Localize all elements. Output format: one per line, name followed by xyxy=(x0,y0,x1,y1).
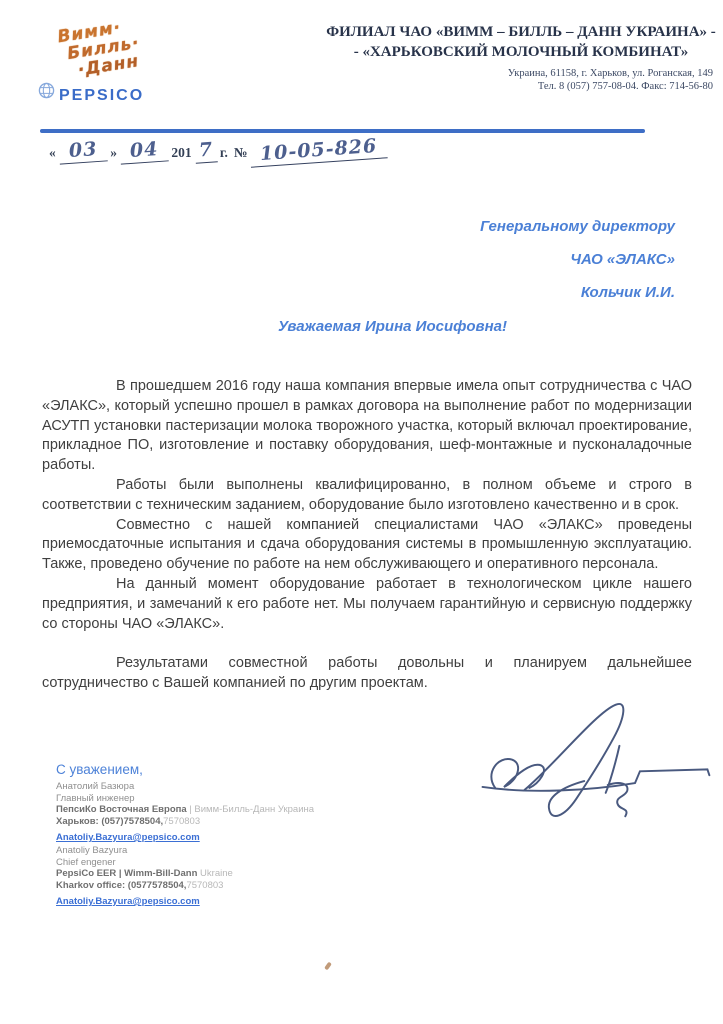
handwritten-year-digit: 7 xyxy=(194,138,218,163)
sender-title-en: Chief engener xyxy=(56,857,233,869)
organization-title: ФИЛИАЛ ЧАО «ВИММ – БИЛЛЬ – ДАНН УКРАИНА»… xyxy=(325,22,717,62)
organization-title-line2: - «ХАРЬКОВСКИЙ МОЛОЧНЫЙ КОМБИНАТ» xyxy=(325,42,717,62)
salutation: Уважаемая Ирина Иосифовна! xyxy=(278,318,507,335)
handwritten-signature xyxy=(468,697,718,829)
paragraph-5: Результатами совместной работы довольны … xyxy=(42,654,692,694)
signature-block-ru: С уважением, Анатолий Базюра Главный инж… xyxy=(56,762,314,845)
paragraph-1: В прошедшем 2016 году наша компания впер… xyxy=(42,377,692,476)
wimm-bill-dann-logo-icon: Вимм· Билль· ·Данн xyxy=(56,16,143,82)
recipient-block: Генеральному директору ЧАО «ЭЛАКС» Кольч… xyxy=(480,218,675,317)
scan-speck xyxy=(324,962,332,971)
email-link-ru[interactable]: Anatoliy.Bazyura@pepsico.com xyxy=(56,832,200,843)
printed-year: 201 xyxy=(171,145,191,161)
address-line1: Украина, 61158, г. Харьков, ул. Роганска… xyxy=(383,68,713,81)
open-quote: « xyxy=(49,145,56,161)
sender-title-ru: Главный инженер xyxy=(56,793,314,805)
date-and-number-line: « 03 » 04 201 7 г. № 10-05-826 xyxy=(46,139,388,163)
sender-company-en: PepsiCo EER | Wimm-Bill-Dann Ukraine xyxy=(56,868,233,880)
year-suffix: г. xyxy=(220,145,228,161)
letter-page: Вимм· Билль· ·Данн PEPSICO ФИЛИАЛ ЧАО «В… xyxy=(0,0,723,1024)
sender-name-ru: Анатолий Базюра xyxy=(56,781,314,793)
organization-title-line1: ФИЛИАЛ ЧАО «ВИММ – БИЛЛЬ – ДАНН УКРАИНА»… xyxy=(325,22,717,42)
sender-phone-ru: Харьков: (057)7578504,7570803 xyxy=(56,816,314,828)
paragraph-3: Совместно с нашей компанией специалистам… xyxy=(42,516,692,575)
handwritten-day: 03 xyxy=(58,137,108,164)
recipient-position: Генеральному директору xyxy=(480,218,675,235)
sender-company-ru: ПепсиКо Восточная Европа | Вимм-Билль-Да… xyxy=(56,804,314,816)
email-link-en[interactable]: Anatoliy.Bazyura@pepsico.com xyxy=(56,896,200,907)
close-quote: » xyxy=(110,145,117,161)
header-divider xyxy=(40,129,645,133)
sender-name-en: Anatoliy Bazyura xyxy=(56,845,233,857)
globe-icon xyxy=(38,82,55,99)
paragraph-2: Работы были выполнены квалифицированно, … xyxy=(42,476,692,516)
sender-phone-en: Kharkov office: (0577578504,7570803 xyxy=(56,880,233,892)
number-label: № xyxy=(234,145,248,161)
signature-block-en: Anatoliy Bazyura Chief engener PepsiCo E… xyxy=(56,845,233,909)
letter-body: В прошедшем 2016 году наша компания впер… xyxy=(42,377,692,694)
pepsico-logo: PEPSICO xyxy=(38,82,144,105)
pepsico-wordmark: PEPSICO xyxy=(59,87,144,105)
handwritten-outgoing-number: 10-05-826 xyxy=(250,134,389,168)
address-line2: Тел. 8 (057) 757-08-04. Факс: 714-56-80 xyxy=(383,81,713,94)
organization-address: Украина, 61158, г. Харьков, ул. Роганска… xyxy=(383,68,713,93)
handwritten-month: 04 xyxy=(119,137,169,164)
recipient-company: ЧАО «ЭЛАКС» xyxy=(480,251,675,268)
recipient-name: Кольчик И.И. xyxy=(480,284,675,301)
paragraph-4: На данный момент оборудование работает в… xyxy=(42,575,692,634)
closing-regards: С уважением, xyxy=(56,762,314,777)
